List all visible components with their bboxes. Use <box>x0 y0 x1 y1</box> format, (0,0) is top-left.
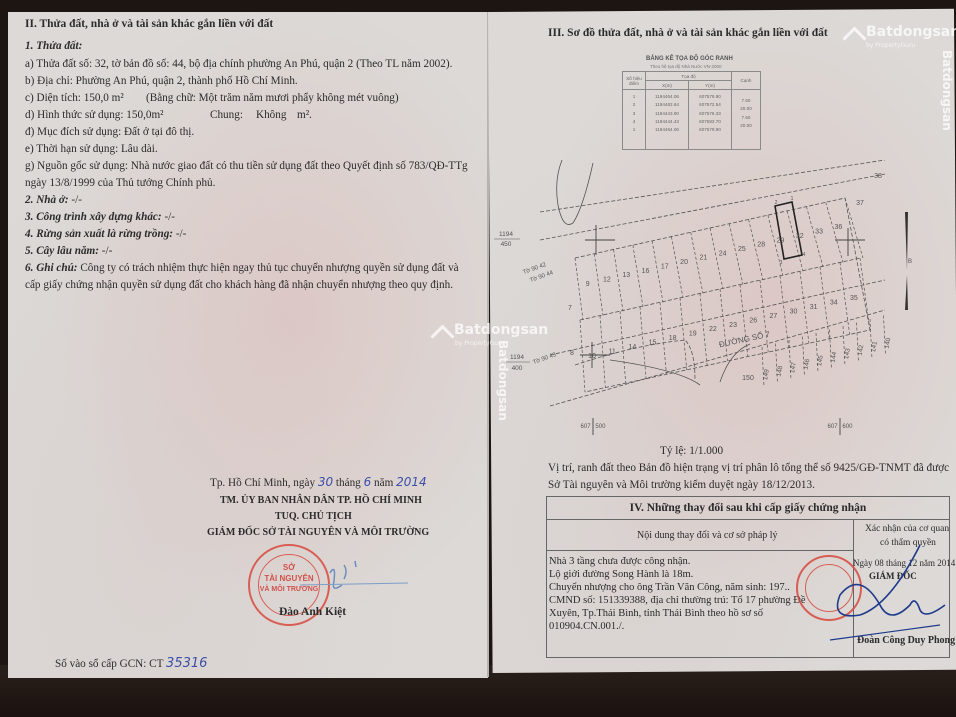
svg-text:142: 142 <box>857 344 866 356</box>
date-day: 30 <box>318 475 333 489</box>
svg-text:29: 29 <box>777 237 785 244</box>
item-perennial-trees-label: 5. Cây lâu năm: <box>25 245 99 257</box>
svg-text:7: 7 <box>568 305 572 312</box>
shared-label: Chung: <box>210 109 243 122</box>
svg-text:36: 36 <box>834 224 842 231</box>
svg-text:148: 148 <box>776 365 785 377</box>
svg-text:B: B <box>908 259 912 265</box>
area-in-words: (Bằng chữ: Một trăm năm mươi phẩy không … <box>146 92 399 105</box>
area-line: c) Diện tích: 150,0 m² <box>25 92 124 105</box>
issue-date: Tp. Hồ Chí Minh, ngày 30 tháng 6 năm 201… <box>210 476 427 490</box>
svg-text:20: 20 <box>680 259 688 266</box>
svg-text:17: 17 <box>661 263 669 270</box>
col-content-header: Nội dung thay đổi và cơ sở pháp lý <box>637 530 778 543</box>
svg-text:8: 8 <box>570 350 574 357</box>
signature-left <box>300 555 410 595</box>
svg-text:38: 38 <box>874 173 882 180</box>
svg-text:14: 14 <box>628 344 636 351</box>
svg-text:32: 32 <box>796 233 804 240</box>
sign-org: TM. ỦY BAN NHÂN DÂN TP. HỒ CHÍ MINH <box>220 494 422 507</box>
item-forest: 4. Rừng sản xuất là rừng trồng: -/- <box>25 228 186 241</box>
coordinates-table: Số hiệu điểm Tọa độ Cạnh X(m) Y(m) 12341… <box>622 71 761 150</box>
note-label: 6. Ghi chú: <box>25 262 78 274</box>
header-coords: Tọa độ <box>646 72 732 81</box>
svg-text:400: 400 <box>512 365 523 372</box>
item-other-construction-value: -/- <box>164 211 175 223</box>
svg-text:607 | 500: 607 | 500 <box>581 424 607 430</box>
svg-text:30: 30 <box>790 309 798 316</box>
svg-text:24: 24 <box>719 250 727 257</box>
location-note-2: Sở Tài nguyên và Môi trường kiểm duyệt n… <box>548 479 815 492</box>
watermark-brand: Batdongsan <box>866 24 956 40</box>
col-y: 607579.90607572.54607576.33607583.706075… <box>689 90 732 150</box>
svg-text:23: 23 <box>729 322 737 329</box>
watermark-brand-center-vertical: Batdongsan <box>496 340 510 421</box>
item-forest-label: 4. Rừng sản xuất là rừng trồng: <box>25 228 173 240</box>
svg-text:140: 140 <box>884 337 893 349</box>
svg-text:28: 28 <box>757 242 765 249</box>
note-line-2: cấp giấy chứng nhận quyền sử dụng đất ch… <box>25 279 453 292</box>
svg-text:3: 3 <box>780 260 783 266</box>
usage-purpose-line: đ) Mục đích sử dụng: Đất ở tại đô thị. <box>25 126 194 139</box>
col-x: 1194464.061194462.641194443.901194444.43… <box>646 90 689 150</box>
svg-text:141: 141 <box>870 340 879 352</box>
header-y: Y(m) <box>689 81 732 90</box>
svg-text:26: 26 <box>749 317 757 324</box>
change-line-3: Chuyển nhượng cho ông Trần Văn Công, năm… <box>549 582 790 595</box>
svg-text:34: 34 <box>830 300 838 307</box>
svg-text:22: 22 <box>709 326 717 333</box>
svg-text:27: 27 <box>769 313 777 320</box>
svg-text:35: 35 <box>850 295 858 302</box>
item-perennial-trees-value: -/- <box>102 245 113 257</box>
svg-text:147: 147 <box>789 361 798 373</box>
land-heading: 1. Thửa đất: <box>25 40 82 53</box>
svg-text:15: 15 <box>649 340 657 347</box>
signer-name-left: Đào Anh Kiệt <box>279 606 346 619</box>
col-points: 12341 <box>623 90 646 150</box>
date-month-label: tháng <box>336 477 361 489</box>
date-prefix: Tp. Hồ Chí Minh, ngày <box>210 477 315 489</box>
section-iii-title: III. Sơ đồ thửa đất, nhà ở và tài sản kh… <box>548 27 828 40</box>
svg-text:19: 19 <box>689 331 697 338</box>
address-line: b) Địa chỉ: Phường An Phú, quận 2, thành… <box>25 75 298 88</box>
svg-text:37: 37 <box>856 200 864 207</box>
date-year: 2014 <box>396 475 427 489</box>
svg-text:10: 10 <box>588 353 596 360</box>
item-other-construction: 3. Công trình xây dựng khác: -/- <box>25 211 175 224</box>
sign-title: GIÁM ĐỐC SỞ TÀI NGUYÊN VÀ MÔI TRƯỜNG <box>207 526 429 539</box>
item-house: 2. Nhà ở: -/- <box>25 194 82 207</box>
change-line-5: Xuyên, Tp.Thái Bình, tỉnh Thái Bình theo… <box>549 608 763 621</box>
svg-text:21: 21 <box>699 255 707 262</box>
svg-text:33: 33 <box>815 229 823 236</box>
svg-text:143: 143 <box>843 347 852 359</box>
date-year-label: năm <box>374 477 393 489</box>
svg-text:1194: 1194 <box>510 354 524 361</box>
svg-text:Tờ 90 43: Tờ 90 43 <box>532 352 557 366</box>
item-house-label: 2. Nhà ở: <box>25 194 69 206</box>
item-perennial-trees: 5. Cây lâu năm: -/- <box>25 245 112 258</box>
svg-text:16: 16 <box>642 268 650 275</box>
changes-title: IV. Những thay đổi sau khi cấp giấy chứn… <box>547 497 949 520</box>
origin-line-2: ngày 13/8/1999 của Thủ tướng Chính phủ. <box>25 177 215 190</box>
note-line-1: 6. Ghi chú: Công ty có trách nhiệm thực … <box>25 262 459 275</box>
parcel-map: 9121316172021242528293233363738781011141… <box>490 160 920 435</box>
watermark-brand-vertical: Batdongsan <box>940 50 954 131</box>
location-note-1: Vị trí, ranh đất theo Bản đồ hiện trạng … <box>548 462 949 475</box>
origin-line: g) Nguồn gốc sử dụng: Nhà nước giao đất … <box>25 160 468 173</box>
sign-role: TUQ. CHỦ TỊCH <box>275 510 352 523</box>
note-text-1: Công ty có trách nhiệm thực hiện ngay th… <box>80 262 458 274</box>
change-line-4: CMND số: 151339388, địa chỉ thường trú: … <box>549 595 806 608</box>
svg-text:31: 31 <box>810 304 818 311</box>
svg-text:13: 13 <box>622 272 630 279</box>
change-line-2: Lộ giới đường Song Hành là 18m. <box>549 569 693 582</box>
usage-form-line: d) Hình thức sử dụng: 150,0m² <box>25 109 164 122</box>
shared-value: Không <box>256 109 286 122</box>
svg-text:149: 149 <box>762 368 771 380</box>
col-confirm-header-1: Xác nhận của cơ quan <box>865 523 949 536</box>
register-value: 35316 <box>166 656 207 671</box>
shared-unit: m². <box>297 109 312 122</box>
coord-table-subtitle: Theo hệ tọa độ Nhà Nước VN-2000 <box>650 64 722 69</box>
register-label: Số vào sổ cấp GCN: CT <box>55 658 163 670</box>
svg-text:9: 9 <box>586 281 590 288</box>
svg-text:450: 450 <box>501 241 512 248</box>
svg-text:12: 12 <box>603 276 611 283</box>
svg-text:4: 4 <box>803 252 806 258</box>
svg-text:150: 150 <box>742 375 754 382</box>
svg-text:1: 1 <box>791 196 794 202</box>
change-line-6: 010904.CN.001./. <box>549 621 624 634</box>
register-number: Số vào sổ cấp GCN: CT 35316 <box>55 657 207 671</box>
col-edges: 7.5020.007.5020.00 <box>732 90 761 150</box>
section-ii-title: II. Thửa đất, nhà ở và tài sản khác gắn … <box>25 18 273 31</box>
date-month: 6 <box>364 475 372 489</box>
signature-right <box>800 540 950 650</box>
change-line-1: Nhà 3 tầng chưa được công nhận. <box>549 556 690 569</box>
usage-term-line: e) Thời hạn sử dụng: Lâu dài. <box>25 143 158 156</box>
svg-text:607 | 600: 607 | 600 <box>828 424 854 430</box>
watermark-brand-center: Batdongsan <box>454 322 548 338</box>
scale: Tỷ lệ: 1/1.000 <box>660 445 723 458</box>
svg-text:1194: 1194 <box>499 231 513 238</box>
svg-text:25: 25 <box>738 246 746 253</box>
watermark-sub: by PropertyGuru <box>866 42 915 49</box>
item-other-construction-label: 3. Công trình xây dựng khác: <box>25 211 162 223</box>
svg-text:2: 2 <box>775 200 778 206</box>
item-house-value: -/- <box>71 194 82 206</box>
header-edge: Cạnh <box>732 72 761 90</box>
svg-text:144: 144 <box>830 351 839 363</box>
svg-text:145: 145 <box>816 354 825 366</box>
svg-text:11: 11 <box>609 348 616 355</box>
svg-text:18: 18 <box>669 335 677 342</box>
header-point: Số hiệu điểm <box>623 72 646 90</box>
header-x: X(m) <box>646 81 689 90</box>
land-parcel-line: a) Thửa đất số: 32, tờ bản đồ số: 44, bộ… <box>25 58 452 71</box>
item-forest-value: -/- <box>176 228 187 240</box>
coord-table-title: BẢNG KÊ TỌA ĐỘ GÓC RANH <box>646 56 733 62</box>
svg-text:146: 146 <box>803 358 812 370</box>
